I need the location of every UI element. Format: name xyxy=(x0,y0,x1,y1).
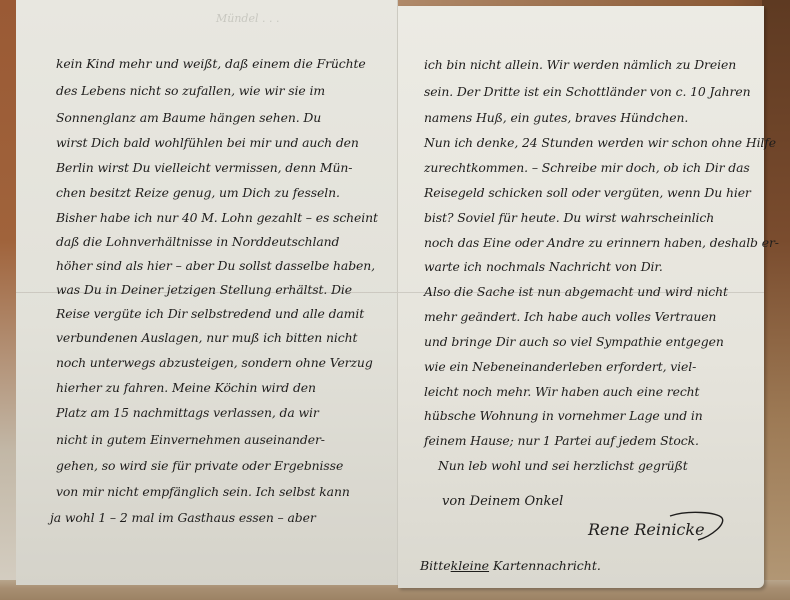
letter-line: ja wohl 1 – 2 mal im Gasthaus essen – ab… xyxy=(50,510,316,525)
letter-line: chen besitzt Reize genug, um Dich zu fes… xyxy=(56,185,340,200)
letter-line: Reisegeld schicken soll oder vergüten, w… xyxy=(424,185,751,200)
postscript-underlined-word: kleine xyxy=(451,558,489,573)
letter-line: gehen, so wird sie für private oder Erge… xyxy=(56,458,343,473)
postscript-suffix: Kartennachricht. xyxy=(493,558,601,573)
letter-line: Bisher habe ich nur 40 M. Lohn gezahlt –… xyxy=(56,210,378,225)
letter-line: bist? Soviel für heute. Du wirst wahrsch… xyxy=(424,210,714,225)
letter-line: namens Huß, ein gutes, braves Hündchen. xyxy=(424,110,688,125)
wood-surface-left xyxy=(0,0,16,600)
letter-postscript: Bittekleine Kartennachricht. xyxy=(420,558,601,573)
letter-line: verbundenen Auslagen, nur muß ich bitten… xyxy=(56,330,357,345)
letter-valediction: von Deinem Onkel xyxy=(442,494,563,509)
letter-line: mehr geändert. Ich habe auch volles Vert… xyxy=(424,309,716,324)
letter-line: Nun ich denke, 24 Stunden werden wir sch… xyxy=(424,135,776,150)
letter-line: noch unterwegs abzusteigen, sondern ohne… xyxy=(56,355,373,370)
letter-line: Platz am 15 nachmittags verlassen, da wi… xyxy=(56,405,319,420)
letter-line: kein Kind mehr und weißt, daß einem die … xyxy=(56,56,366,71)
letter-line: und bringe Dir auch so viel Sympathie en… xyxy=(424,334,724,349)
bleed-through-text: Mündel . . . xyxy=(216,12,279,25)
letter-line: Sonnenglanz am Baume hängen sehen. Du xyxy=(56,110,321,125)
letter-line: wirst Dich bald wohlfühlen bei mir und a… xyxy=(56,135,359,150)
letter-line: daß die Lohnverhältnisse in Norddeutschl… xyxy=(56,234,339,249)
letter-line: hübsche Wohnung in vornehmer Lage und in xyxy=(424,408,703,423)
letter-line: des Lebens nicht so zufallen, wie wir si… xyxy=(56,83,325,98)
letter-line: noch das Eine oder Andre zu erinnern hab… xyxy=(424,235,779,250)
wood-surface-right xyxy=(762,0,790,600)
letter-line: Reise vergüte ich Dir selbstredend und a… xyxy=(56,306,364,321)
letter-line: leicht noch mehr. Wir haben auch eine re… xyxy=(424,384,699,399)
letter-line: ich bin nicht allein. Wir werden nämlich… xyxy=(424,57,736,72)
letter-line: sein. Der Dritte ist ein Schottländer vo… xyxy=(424,84,751,99)
letter-closing: Nun leb wohl und sei herzlichst gegrüßt xyxy=(438,458,688,473)
letter-line: hierher zu fahren. Meine Köchin wird den xyxy=(56,380,316,395)
letter-line: zurechtkommen. – Schreibe mir doch, ob i… xyxy=(424,160,750,175)
letter-line: Berlin wirst Du vielleicht vermissen, de… xyxy=(56,160,352,175)
postscript-prefix: Bitte xyxy=(420,558,451,573)
letter-line: feinem Hause; nur 1 Partei auf jedem Sto… xyxy=(424,433,699,448)
letter-line: was Du in Deiner jetzigen Stellung erhäl… xyxy=(56,282,352,297)
letter-line: wie ein Nebeneinanderleben erfordert, vi… xyxy=(424,359,696,374)
letter-left-page: Mündel . . . kein Kind mehr und weißt, d… xyxy=(16,0,398,585)
letter-line: höher sind als hier – aber Du sollst das… xyxy=(56,258,375,273)
letter-line: Also die Sache ist nun abgemacht und wir… xyxy=(424,284,728,299)
letter-line: warte ich nochmals Nachricht von Dir. xyxy=(424,259,663,274)
letter-line: von mir nicht empfänglich sein. Ich selb… xyxy=(56,484,350,499)
signature-flourish-icon xyxy=(668,510,728,542)
letter-right-page: ich bin nicht allein. Wir werden nämlich… xyxy=(398,6,764,588)
letter-line: nicht in gutem Einvernehmen auseinander- xyxy=(56,432,325,447)
